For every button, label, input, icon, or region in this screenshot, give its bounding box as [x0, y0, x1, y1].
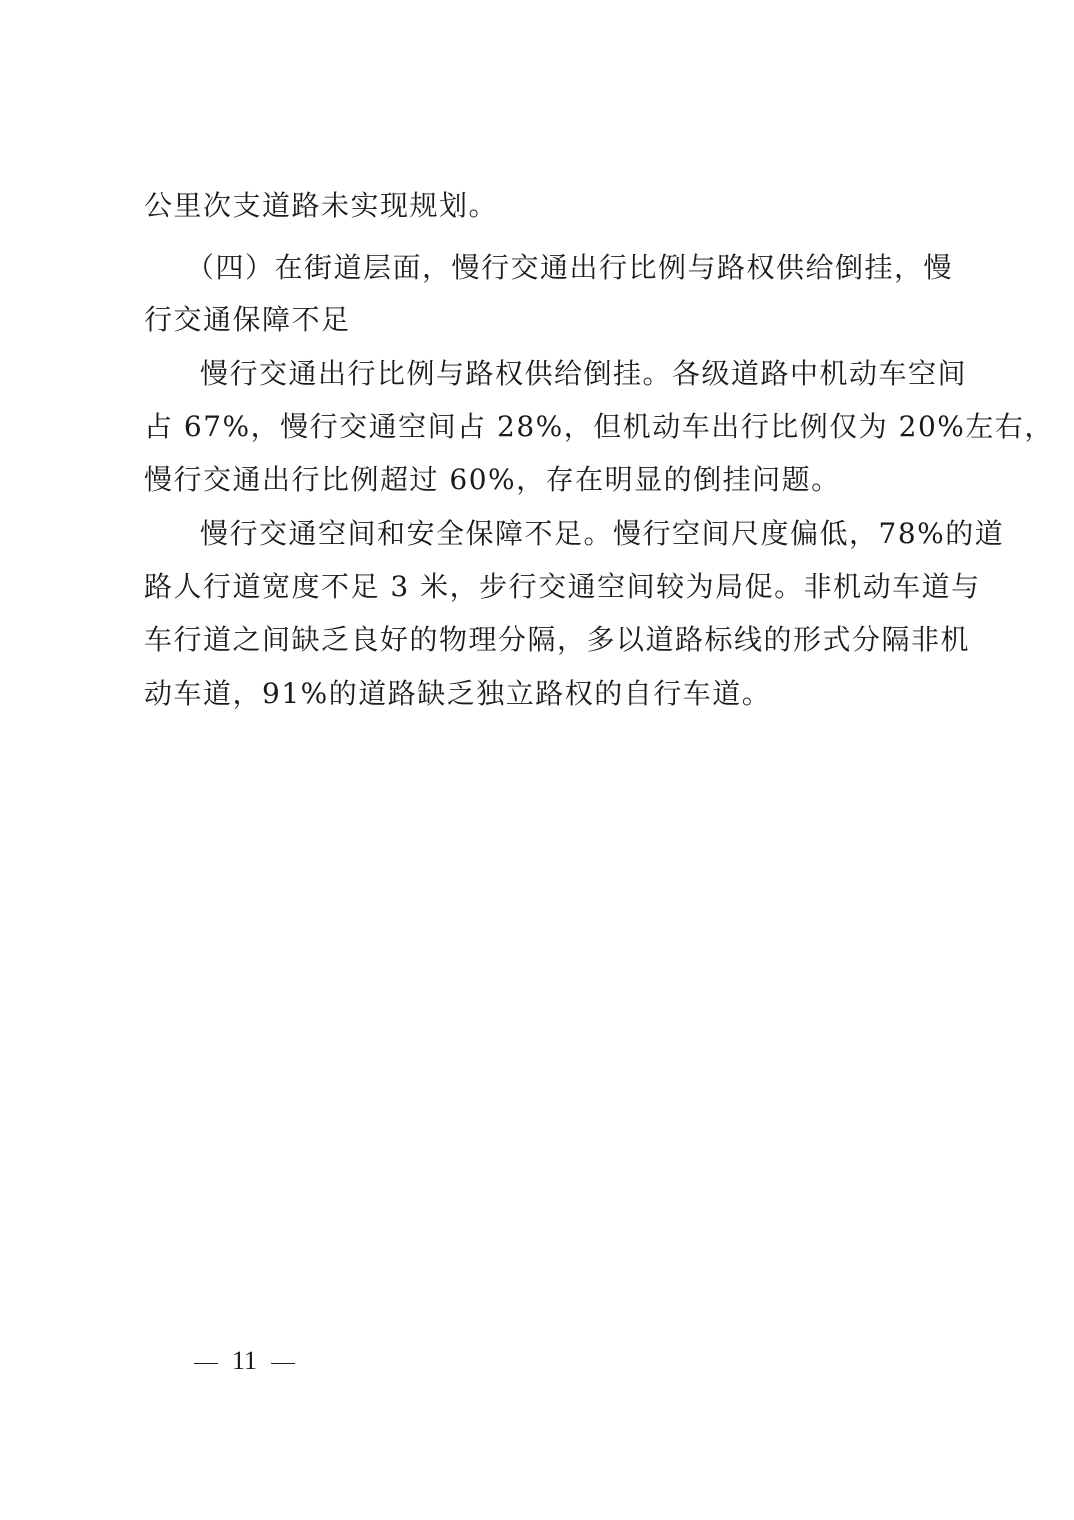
document-page: 公里次支道路未实现规划。 （四）在街道层面，慢行交通出行比例与路权供给倒挂，慢 … — [0, 0, 1074, 1520]
paragraph-2-line-4: 动车道，91%的道路缺乏独立路权的自行车道。 — [144, 674, 944, 714]
paragraph-1-line-1: 慢行交通出行比例与路权供给倒挂。各级道路中机动车空间 — [200, 354, 944, 394]
section-heading-line-2: 行交通保障不足 — [144, 300, 944, 340]
section-heading-line-1: （四）在街道层面，慢行交通出行比例与路权供给倒挂，慢 — [186, 248, 944, 288]
paragraph-1-line-2: 占 67%，慢行交通空间占 28%，但机动车出行比例仅为 20%左右， — [144, 407, 944, 447]
paragraph-1-line-3: 慢行交通出行比例超过 60%，存在明显的倒挂问题。 — [144, 460, 944, 500]
paragraph-2-line-1: 慢行交通空间和安全保障不足。慢行空间尺度偏低，78%的道 — [200, 514, 944, 554]
paragraph-2-line-2: 路人行道宽度不足 3 米，步行交通空间较为局促。非机动车道与 — [144, 567, 944, 607]
page-number: 11 — [180, 1346, 309, 1376]
page-number-value: 11 — [232, 1346, 257, 1375]
paragraph-2-line-3: 车行道之间缺乏良好的物理分隔，多以道路标线的形式分隔非机 — [144, 620, 944, 660]
paragraph-line-continuation: 公里次支道路未实现规划。 — [144, 186, 944, 226]
dash-left — [194, 1363, 218, 1364]
dash-right — [271, 1363, 295, 1364]
